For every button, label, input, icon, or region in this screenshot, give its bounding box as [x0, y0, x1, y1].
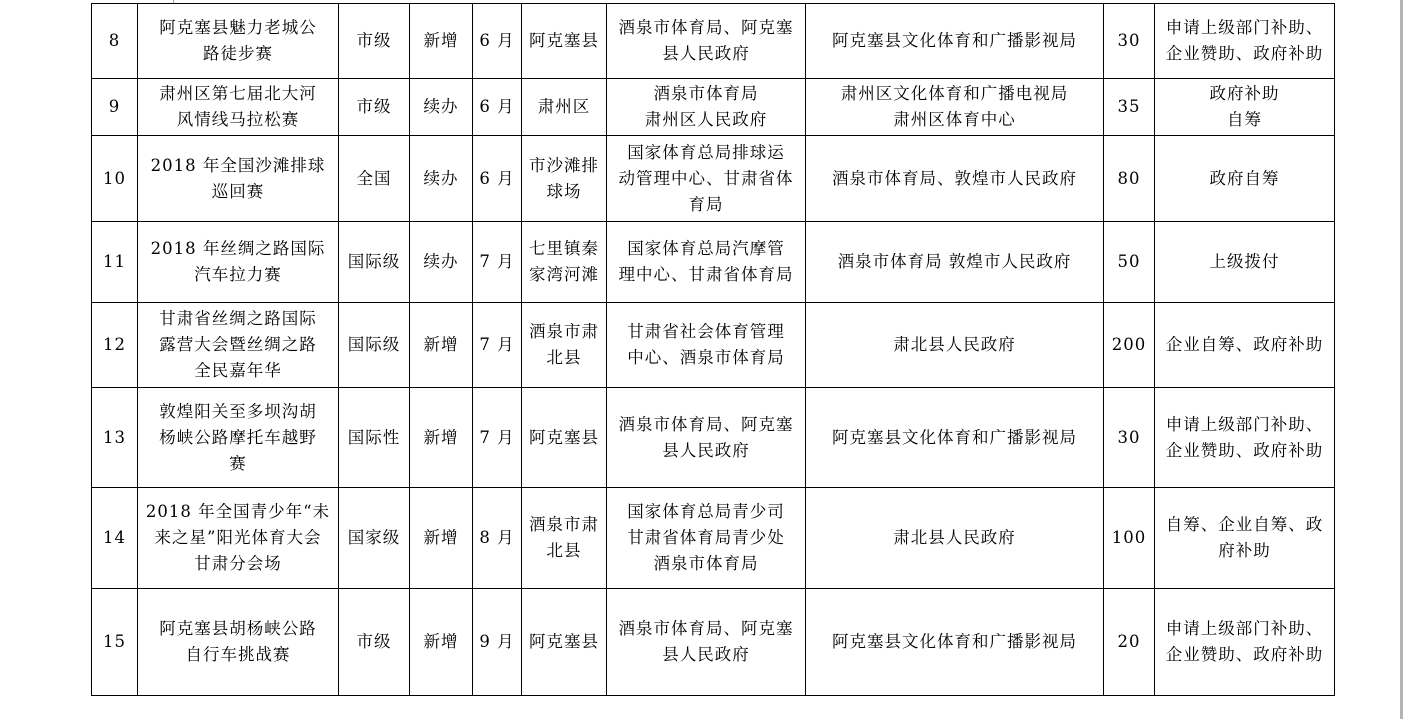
table-body: 8阿克塞县魅力老城公路徒步赛市级新增6 月阿克塞县酒泉市体育局、阿克塞县人民政府…	[92, 4, 1335, 696]
cell-funding-line: 企业赞助、政府补助	[1156, 642, 1333, 668]
cell-funding: 上级拨付	[1155, 222, 1335, 303]
cell-event-name-line: 巡回赛	[139, 179, 337, 205]
cell-type: 新增	[410, 303, 473, 388]
cell-place-line: 阿克塞县	[523, 28, 605, 54]
cell-budget: 100	[1104, 488, 1155, 589]
table-row: 8阿克塞县魅力老城公路徒步赛市级新增6 月阿克塞县酒泉市体育局、阿克塞县人民政府…	[92, 4, 1335, 79]
cell-place-line: 家湾河滩	[523, 262, 605, 288]
cell-event-name-line: 路徒步赛	[139, 41, 337, 67]
cell-funding-line: 企业自筹、政府补助	[1156, 332, 1333, 358]
cell-host-line: 甘肃省体育局青少处	[608, 525, 804, 551]
cell-place: 阿克塞县	[522, 4, 607, 79]
cell-month: 6 月	[473, 4, 522, 79]
cell-budget: 20	[1104, 589, 1155, 696]
cell-organizer-line: 阿克塞县文化体育和广播影视局	[807, 425, 1102, 451]
cell-event-name-line: 自行车挑战赛	[139, 642, 337, 668]
cell-host: 国家体育总局青少司甘肃省体育局青少处酒泉市体育局	[607, 488, 806, 589]
cell-host-line: 县人民政府	[608, 41, 804, 67]
cell-event-name-line: 汽车拉力赛	[139, 262, 337, 288]
cell-place-line: 肃州区	[523, 94, 605, 120]
cell-event-name: 肃州区第七届北大河风情线马拉松赛	[138, 79, 339, 136]
cell-host-line: 育局	[608, 192, 804, 218]
table-row: 142018 年全国青少年“未来之星”阳光体育大会甘肃分会场国家级新增8 月酒泉…	[92, 488, 1335, 589]
cell-host-line: 酒泉市体育局	[608, 81, 804, 107]
cell-organizer-line: 肃州区文化体育和广播电视局	[807, 81, 1102, 107]
cell-type: 新增	[410, 589, 473, 696]
cell-level: 市级	[339, 589, 410, 696]
cell-budget: 50	[1104, 222, 1155, 303]
cell-organizer: 阿克塞县文化体育和广播影视局	[806, 4, 1104, 79]
cell-place-line: 球场	[523, 179, 605, 205]
cell-host-line: 理中心、甘肃省体育局	[608, 262, 804, 288]
cell-host-line: 甘肃省社会体育管理	[608, 319, 804, 345]
cell-month: 7 月	[473, 303, 522, 388]
cell-place-line: 阿克塞县	[523, 425, 605, 451]
cell-funding-line: 政府补助	[1156, 81, 1333, 107]
cell-place-line: 七里镇秦	[523, 236, 605, 262]
cell-host-line: 肃州区人民政府	[608, 107, 804, 133]
table-row: 15阿克塞县胡杨峡公路自行车挑战赛市级新增9 月阿克塞县酒泉市体育局、阿克塞县人…	[92, 589, 1335, 696]
cell-funding: 企业自筹、政府补助	[1155, 303, 1335, 388]
cell-event-name-line: 露营大会暨丝绸之路	[139, 332, 337, 358]
cell-organizer-line: 肃北县人民政府	[807, 332, 1102, 358]
cell-event-name-line: 风情线马拉松赛	[139, 107, 337, 133]
cell-organizer: 阿克塞县文化体育和广播影视局	[806, 589, 1104, 696]
cell-event-name-line: 全民嘉年华	[139, 358, 337, 384]
cell-place-line: 酒泉市肃	[523, 319, 605, 345]
event-schedule-table: 8阿克塞县魅力老城公路徒步赛市级新增6 月阿克塞县酒泉市体育局、阿克塞县人民政府…	[91, 3, 1335, 696]
cell-event-name: 阿克塞县魅力老城公路徒步赛	[138, 4, 339, 79]
cell-organizer: 酒泉市体育局 敦煌市人民政府	[806, 222, 1104, 303]
cell-budget: 30	[1104, 388, 1155, 488]
cell-event-name-line: 杨峡公路摩托车越野	[139, 425, 337, 451]
cell-funding-line: 自筹	[1156, 107, 1333, 133]
cell-funding-line: 申请上级部门补助、	[1156, 15, 1333, 41]
cell-funding-line: 政府自筹	[1156, 166, 1333, 192]
cell-place: 七里镇秦家湾河滩	[522, 222, 607, 303]
cell-month: 9 月	[473, 589, 522, 696]
cell-number: 10	[92, 136, 138, 222]
cell-place: 肃州区	[522, 79, 607, 136]
cell-host-line: 国家体育总局青少司	[608, 499, 804, 525]
table-row: 9肃州区第七届北大河风情线马拉松赛市级续办6 月肃州区酒泉市体育局肃州区人民政府…	[92, 79, 1335, 136]
cell-budget: 200	[1104, 303, 1155, 388]
cell-level: 国际级	[339, 303, 410, 388]
cell-host-line: 酒泉市体育局、阿克塞	[608, 616, 804, 642]
cell-host: 酒泉市体育局、阿克塞县人民政府	[607, 4, 806, 79]
cell-host-line: 县人民政府	[608, 438, 804, 464]
cell-funding: 申请上级部门补助、企业赞助、政府补助	[1155, 4, 1335, 79]
cell-place: 阿克塞县	[522, 589, 607, 696]
cell-month: 7 月	[473, 388, 522, 488]
cell-host-line: 酒泉市体育局、阿克塞	[608, 412, 804, 438]
cell-event-name-line: 2018 年全国青少年“未	[139, 499, 337, 525]
cell-type: 新增	[410, 388, 473, 488]
cell-month: 6 月	[473, 136, 522, 222]
cell-host: 甘肃省社会体育管理中心、酒泉市体育局	[607, 303, 806, 388]
cell-number: 9	[92, 79, 138, 136]
cell-host-line: 县人民政府	[608, 642, 804, 668]
cell-event-name-line: 来之星”阳光体育大会	[139, 525, 337, 551]
table-row: 13敦煌阳关至多坝沟胡杨峡公路摩托车越野赛国际性新增7 月阿克塞县酒泉市体育局、…	[92, 388, 1335, 488]
cell-organizer: 肃北县人民政府	[806, 303, 1104, 388]
cell-type: 续办	[410, 79, 473, 136]
cell-type: 新增	[410, 488, 473, 589]
cell-organizer-line: 阿克塞县文化体育和广播影视局	[807, 629, 1102, 655]
cell-event-name-line: 2018 年全国沙滩排球	[139, 153, 337, 179]
cell-funding: 自筹、企业自筹、政府补助	[1155, 488, 1335, 589]
cell-host: 酒泉市体育局、阿克塞县人民政府	[607, 388, 806, 488]
cell-host: 国家体育总局汽摩管理中心、甘肃省体育局	[607, 222, 806, 303]
cell-funding-line: 府补助	[1156, 538, 1333, 564]
cell-host-line: 酒泉市体育局	[608, 551, 804, 577]
cell-budget: 80	[1104, 136, 1155, 222]
cell-event-name: 2018 年全国青少年“未来之星”阳光体育大会甘肃分会场	[138, 488, 339, 589]
cell-level: 国际级	[339, 222, 410, 303]
cell-month: 8 月	[473, 488, 522, 589]
cell-funding: 政府补助自筹	[1155, 79, 1335, 136]
cell-number: 15	[92, 589, 138, 696]
cell-event-name-line: 甘肃分会场	[139, 551, 337, 577]
cell-organizer-line: 酒泉市体育局、敦煌市人民政府	[807, 166, 1102, 192]
cell-host: 酒泉市体育局肃州区人民政府	[607, 79, 806, 136]
cell-budget: 30	[1104, 4, 1155, 79]
cell-funding: 政府自筹	[1155, 136, 1335, 222]
cell-event-name-line: 赛	[139, 451, 337, 477]
cell-budget: 35	[1104, 79, 1155, 136]
cell-host-line: 动管理中心、甘肃省体	[608, 166, 804, 192]
cell-host: 国家体育总局排球运动管理中心、甘肃省体育局	[607, 136, 806, 222]
cell-event-name-line: 2018 年丝绸之路国际	[139, 236, 337, 262]
cell-event-name: 敦煌阳关至多坝沟胡杨峡公路摩托车越野赛	[138, 388, 339, 488]
cell-place-line: 市沙滩排	[523, 153, 605, 179]
cell-organizer-line: 肃北县人民政府	[807, 525, 1102, 551]
cell-event-name: 2018 年丝绸之路国际汽车拉力赛	[138, 222, 339, 303]
table-row: 12甘肃省丝绸之路国际露营大会暨丝绸之路全民嘉年华国际级新增7 月酒泉市肃北县甘…	[92, 303, 1335, 388]
cell-level: 国际性	[339, 388, 410, 488]
cell-organizer-line: 酒泉市体育局 敦煌市人民政府	[807, 249, 1102, 275]
cell-host-line: 中心、酒泉市体育局	[608, 345, 804, 371]
cell-event-name: 阿克塞县胡杨峡公路自行车挑战赛	[138, 589, 339, 696]
cell-number: 12	[92, 303, 138, 388]
cell-host-line: 国家体育总局排球运	[608, 140, 804, 166]
cell-host-line: 国家体育总局汽摩管	[608, 236, 804, 262]
cell-level: 国家级	[339, 488, 410, 589]
cell-event-name-line: 阿克塞县胡杨峡公路	[139, 616, 337, 642]
cell-place-line: 酒泉市肃	[523, 512, 605, 538]
cell-host: 酒泉市体育局、阿克塞县人民政府	[607, 589, 806, 696]
cell-place-line: 北县	[523, 538, 605, 564]
cell-funding-line: 自筹、企业自筹、政	[1156, 512, 1333, 538]
cell-event-name: 2018 年全国沙滩排球巡回赛	[138, 136, 339, 222]
cell-organizer: 阿克塞县文化体育和广播影视局	[806, 388, 1104, 488]
cell-type: 新增	[410, 4, 473, 79]
cell-place: 酒泉市肃北县	[522, 488, 607, 589]
cell-place: 市沙滩排球场	[522, 136, 607, 222]
cell-level: 全国	[339, 136, 410, 222]
cell-place-line: 北县	[523, 345, 605, 371]
cell-organizer: 肃州区文化体育和广播电视局肃州区体育中心	[806, 79, 1104, 136]
cell-place-line: 阿克塞县	[523, 629, 605, 655]
cell-level: 市级	[339, 4, 410, 79]
cell-host-line: 酒泉市体育局、阿克塞	[608, 15, 804, 41]
cell-organizer-line: 阿克塞县文化体育和广播影视局	[807, 28, 1102, 54]
cell-event-name-line: 肃州区第七届北大河	[139, 81, 337, 107]
cell-funding-line: 企业赞助、政府补助	[1156, 41, 1333, 67]
cell-month: 6 月	[473, 79, 522, 136]
cell-funding-line: 企业赞助、政府补助	[1156, 438, 1333, 464]
table-row: 112018 年丝绸之路国际汽车拉力赛国际级续办7 月七里镇秦家湾河滩国家体育总…	[92, 222, 1335, 303]
cell-organizer: 酒泉市体育局、敦煌市人民政府	[806, 136, 1104, 222]
cell-number: 13	[92, 388, 138, 488]
cell-organizer-line: 肃州区体育中心	[807, 107, 1102, 133]
cell-level: 市级	[339, 79, 410, 136]
cell-event-name: 甘肃省丝绸之路国际露营大会暨丝绸之路全民嘉年华	[138, 303, 339, 388]
cell-place: 阿克塞县	[522, 388, 607, 488]
cell-number: 8	[92, 4, 138, 79]
cell-month: 7 月	[473, 222, 522, 303]
cell-funding-line: 申请上级部门补助、	[1156, 616, 1333, 642]
cell-funding: 申请上级部门补助、企业赞助、政府补助	[1155, 589, 1335, 696]
cell-event-name-line: 甘肃省丝绸之路国际	[139, 306, 337, 332]
cell-type: 续办	[410, 136, 473, 222]
cell-number: 14	[92, 488, 138, 589]
cell-number: 11	[92, 222, 138, 303]
cell-organizer: 肃北县人民政府	[806, 488, 1104, 589]
cell-type: 续办	[410, 222, 473, 303]
cell-funding-line: 上级拨付	[1156, 249, 1333, 275]
cell-event-name-line: 阿克塞县魅力老城公	[139, 15, 337, 41]
cell-place: 酒泉市肃北县	[522, 303, 607, 388]
cell-event-name-line: 敦煌阳关至多坝沟胡	[139, 399, 337, 425]
cell-funding-line: 申请上级部门补助、	[1156, 412, 1333, 438]
cell-funding: 申请上级部门补助、企业赞助、政府补助	[1155, 388, 1335, 488]
table-row: 102018 年全国沙滩排球巡回赛全国续办6 月市沙滩排球场国家体育总局排球运动…	[92, 136, 1335, 222]
